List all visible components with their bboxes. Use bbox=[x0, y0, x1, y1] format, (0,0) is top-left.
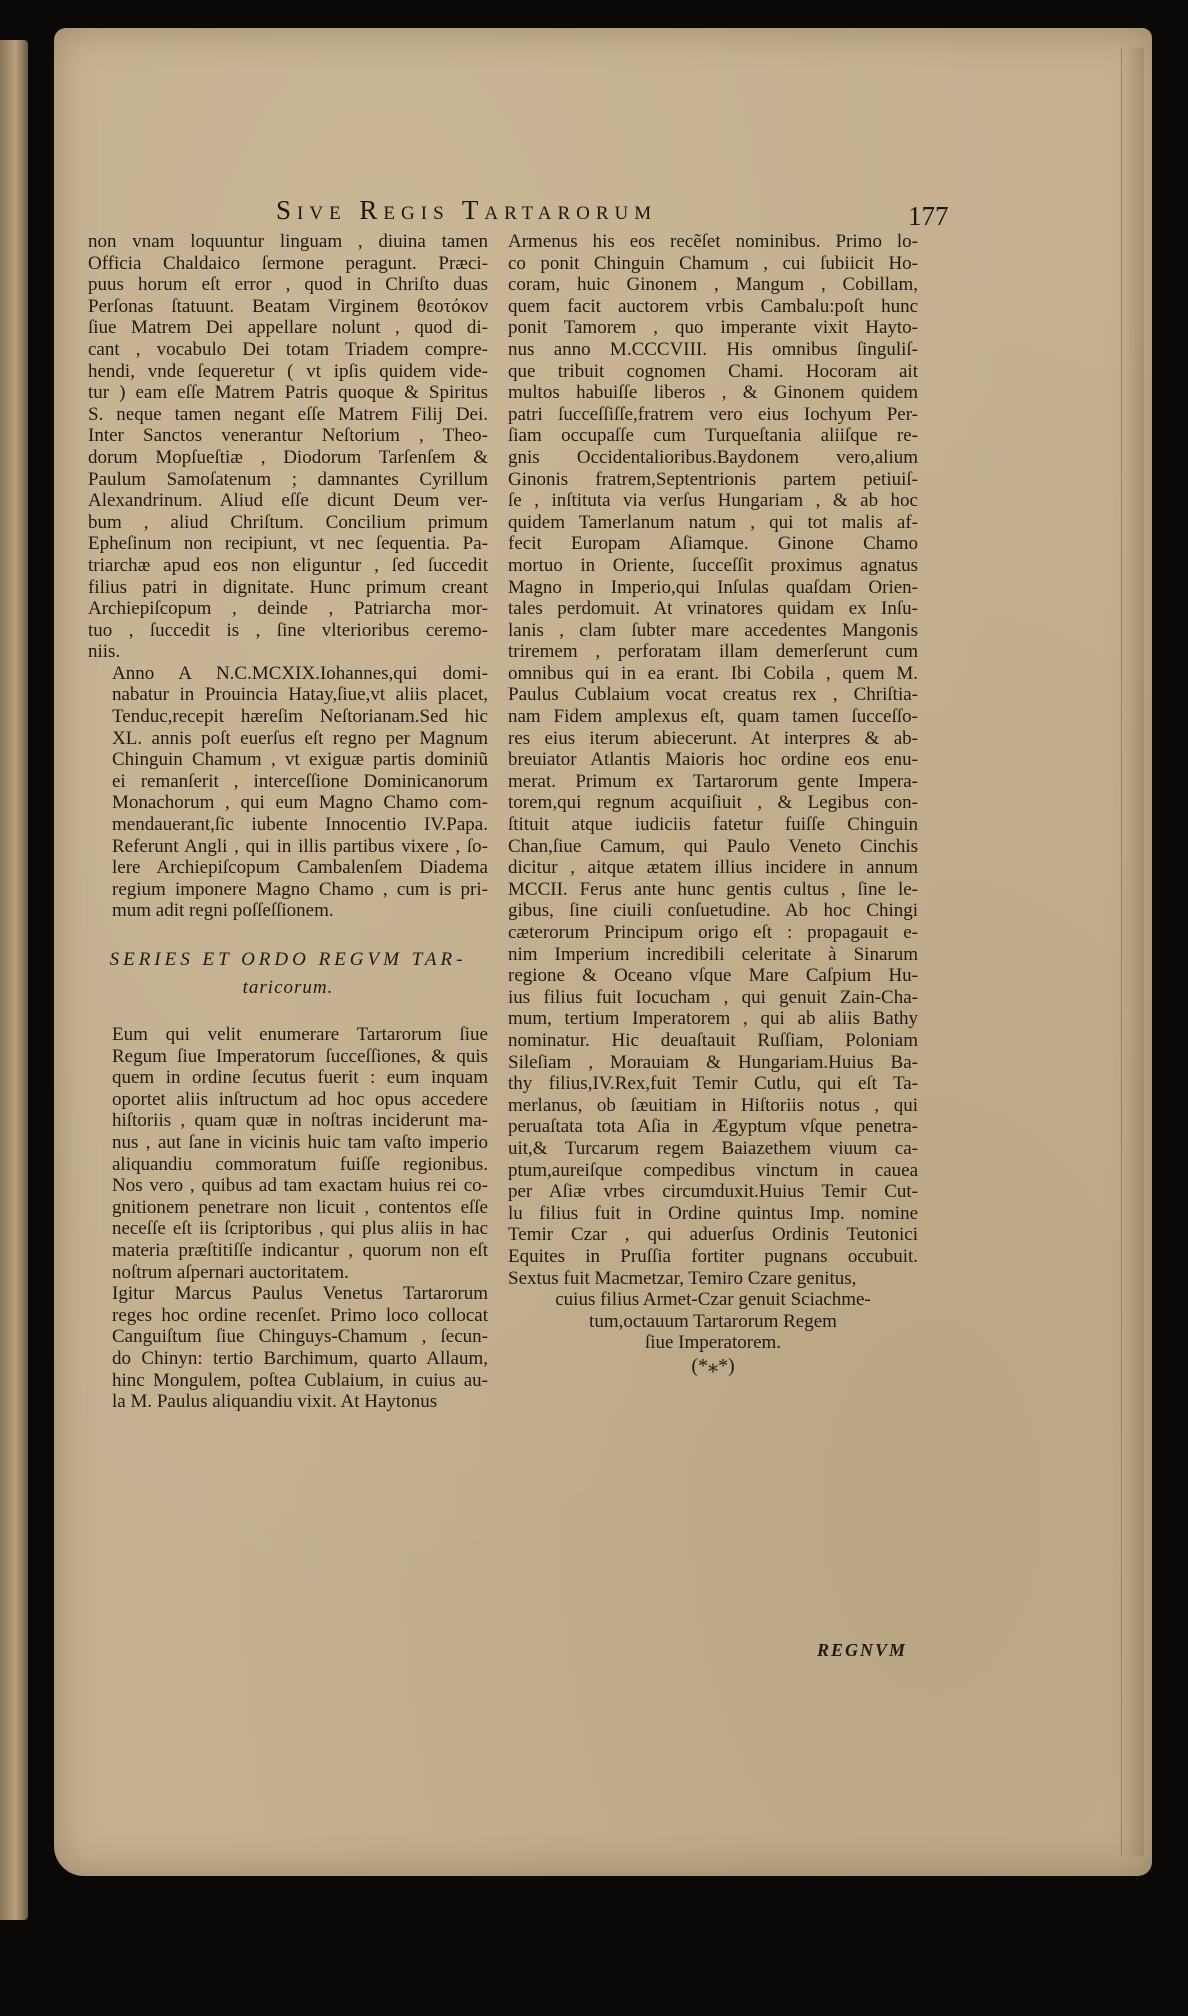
text-line: ſe , inſtituta via verſus Hungariam , & … bbox=[508, 490, 918, 512]
section-heading-sub: taricorum. bbox=[243, 977, 334, 998]
text-line: breuiator Atlantis Maioris hoc ordine eo… bbox=[508, 749, 918, 771]
text-line: dorum Mopſueſtiæ , Diodorum Tarſenſem & bbox=[88, 447, 488, 469]
text-line: Nos vero , quibus ad tam exactam huius r… bbox=[88, 1175, 488, 1197]
text-line: Magno in Imperio,qui Inſulas quaſdam Ori… bbox=[508, 577, 918, 599]
text-line: hiſtoriis , quam quæ in noſtras incideru… bbox=[88, 1110, 488, 1132]
text-line: tales perdomuit. At vrinatores quidam ex… bbox=[508, 598, 918, 620]
text-line: nominatur. Hic deuaſtauit Ruſſiam, Polon… bbox=[508, 1030, 918, 1052]
text-line: co ponit Chinguin Chamum , cui ſubiicit … bbox=[508, 253, 918, 275]
text-line: omnibus qui in ea erant. Ibi Cobila , qu… bbox=[508, 663, 918, 685]
text-line: Epheſinum non recipiunt, vt nec ſequenti… bbox=[88, 533, 488, 555]
text-line: Igitur Marcus Paulus Venetus Tartarorum bbox=[88, 1283, 488, 1305]
text-line: triremem , perforatam illam demerſerunt … bbox=[508, 641, 918, 663]
text-line: triarchæ apud eos non eliguntur , ſed ſu… bbox=[88, 555, 488, 577]
text-line: niis. bbox=[88, 641, 488, 663]
text-line: nim Imperium incredibili celeritate à Si… bbox=[508, 944, 918, 966]
text-line: hinc Mongulem, poſtea Cublaium, in cuius… bbox=[88, 1370, 488, 1392]
text-line: quem facit auctorem vrbis Cambalu:poſt h… bbox=[508, 296, 918, 318]
text-line: ei remanſerit , interceſſione Dominicano… bbox=[88, 771, 488, 793]
text-line: quem in ordine ſecutus fuerit : eum inqu… bbox=[88, 1067, 488, 1089]
text-line: Sextus fuit Macmetzar, Temiro Czare geni… bbox=[508, 1268, 918, 1290]
text-line: S. neque tamen negant eſſe Matrem Filij … bbox=[88, 404, 488, 426]
text-line: cæterorum Principum origo eſt : propagau… bbox=[508, 922, 918, 944]
text-line: Paulum Samoſatenum ; damnantes Cyrillum bbox=[88, 469, 488, 491]
centered-tail: cuius filius Armet-Czar genuit Sciachme-… bbox=[508, 1289, 918, 1354]
text-line: patri ſucceſſiſſe,fratrem vero eius Ioch… bbox=[508, 404, 918, 426]
text-line: ponit Tamorem , quo imperante vixit Hayt… bbox=[508, 317, 918, 339]
text-line: MCCII. Ferus ante hunc gentis cultus , ſ… bbox=[508, 879, 918, 901]
text-line: Ginonis fratrem,Septentrionis partem pet… bbox=[508, 469, 918, 491]
paragraph: Igitur Marcus Paulus Venetus Tartarorumr… bbox=[88, 1283, 488, 1413]
text-line: quidem Tamerlanum natum , qui tot malis … bbox=[508, 512, 918, 534]
text-line: filius patri in dignitate. Hunc primum c… bbox=[88, 577, 488, 599]
section-heading: SERIES ET ORDO REGVM TAR- taricorum. bbox=[88, 946, 488, 1002]
text-line: mortuo in Oriente, ſucceſſit proximus ag… bbox=[508, 555, 918, 577]
text-line: Referunt Angli , qui in illis partibus v… bbox=[88, 836, 488, 858]
text-line: peruaſtata tota Aſia in Ægyptum vſque pe… bbox=[508, 1116, 918, 1138]
paragraph: Armenus his eos recẽſet nominibus. Primo… bbox=[508, 231, 918, 1289]
text-line: Tenduc,recepit hæreſim Neſtorianam.Sed h… bbox=[88, 706, 488, 728]
text-line: ſtituit atque iudiciis fatetur fuiſſe Ch… bbox=[508, 814, 918, 836]
text-line: regium imponere Magno Chamo , cum is pri… bbox=[88, 879, 488, 901]
text-line: regione & Oceano vſque Mare Caſpium Hu- bbox=[508, 965, 918, 987]
text-line: gnitionem penetrare non licuit , content… bbox=[88, 1197, 488, 1219]
text-line: oportet aliis inſtructum ad hoc opus acc… bbox=[88, 1089, 488, 1111]
section-heading-main: SERIES ET ORDO REGVM TAR- bbox=[110, 949, 467, 970]
text-line: Chan,ſiue Camum, qui Paulo Veneto Cinchi… bbox=[508, 836, 918, 858]
text-line: lere Archiepiſcopum Cambalenſem Diadema bbox=[88, 857, 488, 879]
text-line: gnis Occidentalioribus.Baydonem vero,ali… bbox=[508, 447, 918, 469]
text-line: merlanus, ob ſæuitiam in Hiſtoriis notus… bbox=[508, 1095, 918, 1117]
text-line: Equites in Pruſſia fortiter pugnans occu… bbox=[508, 1246, 918, 1268]
text-line: noſtrum aſpernari auctoritatem. bbox=[88, 1262, 488, 1284]
left-column: non vnam loquuntur linguam , diuina tame… bbox=[88, 231, 488, 1413]
text-line: ſiam occupaſſe cum Turqueſtania aliiſque… bbox=[508, 425, 918, 447]
page-fore-edge bbox=[1121, 48, 1144, 1856]
text-line: ptum,aureiſque compedibus vinctum in cau… bbox=[508, 1160, 918, 1182]
asterism-ornament-icon: (*⁎*) bbox=[508, 1356, 918, 1378]
text-line: bum , aliud Chriſtum. Concilium primum bbox=[88, 512, 488, 534]
text-line: tum,octauum Tartarorum Regem bbox=[508, 1311, 918, 1333]
page-number: 177 bbox=[908, 201, 949, 232]
text-line: neceſſe eſt iis ſcriptoribus , qui plus … bbox=[88, 1218, 488, 1240]
text-line: nabatur in Prouincia Hatay,ſiue,vt aliis… bbox=[88, 684, 488, 706]
text-line: mendauerant,ſic iubente Innocentio IV.Pa… bbox=[88, 814, 488, 836]
text-line: cant , vocabulo Dei totam Triadem compre… bbox=[88, 339, 488, 361]
text-line: hendi, vnde ſequeretur ( vt ipſis quidem… bbox=[88, 361, 488, 383]
text-line: uit,& Turcarum regem Baiazethem viuum ca… bbox=[508, 1138, 918, 1160]
text-line: nus anno M.CCCVIII. His omnibus ſinguliſ… bbox=[508, 339, 918, 361]
text-line: ius filius fuit Iocucham , qui genuit Za… bbox=[508, 987, 918, 1009]
text-line: multos habuiſſe liberos , & Ginonem quid… bbox=[508, 382, 918, 404]
text-line: Perſonas ſtatuunt. Beatam Virginem θεοτό… bbox=[88, 296, 488, 318]
text-line: la M. Paulus aliquandiu vixit. At Hayton… bbox=[88, 1391, 488, 1413]
paragraph: non vnam loquuntur linguam , diuina tame… bbox=[88, 231, 488, 663]
text-line: thy filius,IV.Rex,fuit Temir Cutlu, qui … bbox=[508, 1073, 918, 1095]
text-line: non vnam loquuntur linguam , diuina tame… bbox=[88, 231, 488, 253]
text-line: Regum ſiue Imperatorum ſucceſſiones, & q… bbox=[88, 1046, 488, 1068]
paragraph: Eum qui velit enumerare Tartarorum ſiueR… bbox=[88, 1024, 488, 1283]
text-line: lu filius fuit in Ordine quintus Imp. no… bbox=[508, 1203, 918, 1225]
text-line: Temir Czar , qui aduerſus Ordinis Teuton… bbox=[508, 1224, 918, 1246]
right-column: Armenus his eos recẽſet nominibus. Primo… bbox=[508, 231, 918, 1377]
text-line: Canguiſtum ſiue Chinguys-Chamum , ſecun- bbox=[88, 1326, 488, 1348]
text-line: mum, tertium Imperatorem , qui ab aliis … bbox=[508, 1008, 918, 1030]
text-line: ſiue Imperatorem. bbox=[508, 1332, 918, 1354]
text-line: puus horum eſt error , quod in Chriſto d… bbox=[88, 274, 488, 296]
text-line: per Aſiæ vrbes circumduxit.Huius Temir C… bbox=[508, 1181, 918, 1203]
text-line: XL. annis poſt euerſus eſt regno per Mag… bbox=[88, 728, 488, 750]
text-line: Alexandrinum. Aliud eſſe dicunt Deum ver… bbox=[88, 490, 488, 512]
text-line: aliquandiu commoratum fuiſſe regionibus. bbox=[88, 1154, 488, 1176]
text-line: torem,qui regnum acquiſiuit , & Legibus … bbox=[508, 792, 918, 814]
text-line: Sileſiam , Morauiam & Hungariam.Huius Ba… bbox=[508, 1052, 918, 1074]
text-line: cuius filius Armet-Czar genuit Sciachme- bbox=[508, 1289, 918, 1311]
text-line: gibus, ſine ciuili conſuetudine. Ab hoc … bbox=[508, 900, 918, 922]
text-line: res eius iterum abiecerunt. At interpres… bbox=[508, 728, 918, 750]
paragraph: Anno A N.C.MCXIX.Iohannes,qui domi-nabat… bbox=[88, 663, 488, 922]
text-line: nus , aut ſane in vicinis huic tam vaſto… bbox=[88, 1132, 488, 1154]
text-line: Monachorum , qui eum Magno Chamo com- bbox=[88, 792, 488, 814]
text-line: Chinguin Chamum , vt exiguæ partis domin… bbox=[88, 749, 488, 771]
text-line: que tribuit cognomen Chami. Hocoram ait bbox=[508, 361, 918, 383]
text-line: materia præſtitiſſe indicantur , quorum … bbox=[88, 1240, 488, 1262]
text-line: Anno A N.C.MCXIX.Iohannes,qui domi- bbox=[88, 663, 488, 685]
text-line: tur ) eam eſſe Matrem Patris quoque & Sp… bbox=[88, 382, 488, 404]
text-line: dicitur , aitque ætatem illius incidere … bbox=[508, 857, 918, 879]
running-head: Sive Regis Tartarorum bbox=[276, 195, 657, 226]
text-line: Inter Sanctos venerantur Neſtorium , The… bbox=[88, 425, 488, 447]
text-line: Armenus his eos recẽſet nominibus. Primo… bbox=[508, 231, 918, 253]
text-line: coram, huic Ginonem , Mangum , Cobillam, bbox=[508, 274, 918, 296]
previous-page-edge bbox=[0, 40, 28, 1920]
text-line: Paulus Cublaium vocat creatus rex , Chri… bbox=[508, 684, 918, 706]
text-line: Eum qui velit enumerare Tartarorum ſiue bbox=[88, 1024, 488, 1046]
text-line: lanis , clam ſubter mare accedentes Mang… bbox=[508, 620, 918, 642]
text-line: fecit Europam Aſiamque. Ginone Chamo bbox=[508, 533, 918, 555]
text-line: reges hoc ordine recenſet. Primo loco co… bbox=[88, 1305, 488, 1327]
text-line: tuo , ſuccedit is , ſine vlterioribus ce… bbox=[88, 620, 488, 642]
text-line: ſiue Matrem Dei appellare nolunt , quod … bbox=[88, 317, 488, 339]
text-line: nam Fidem amplexus eſt, quam tamen ſucce… bbox=[508, 706, 918, 728]
text-line: Archiepiſcopum , deinde , Patriarcha mor… bbox=[88, 598, 488, 620]
book-page: Sive Regis Tartarorum 177 non vnam loquu… bbox=[54, 28, 1152, 1876]
catchword: REGNVM bbox=[817, 1640, 907, 1661]
text-line: Officia Chaldaico ſermone peragunt. Præc… bbox=[88, 253, 488, 275]
text-line: merat. Primum ex Tartarorum gente Impera… bbox=[508, 771, 918, 793]
text-line: mum adit regni poſſeſſionem. bbox=[88, 900, 488, 922]
text-line: do Chinyn: tertio Barchimum, quarto Alla… bbox=[88, 1348, 488, 1370]
